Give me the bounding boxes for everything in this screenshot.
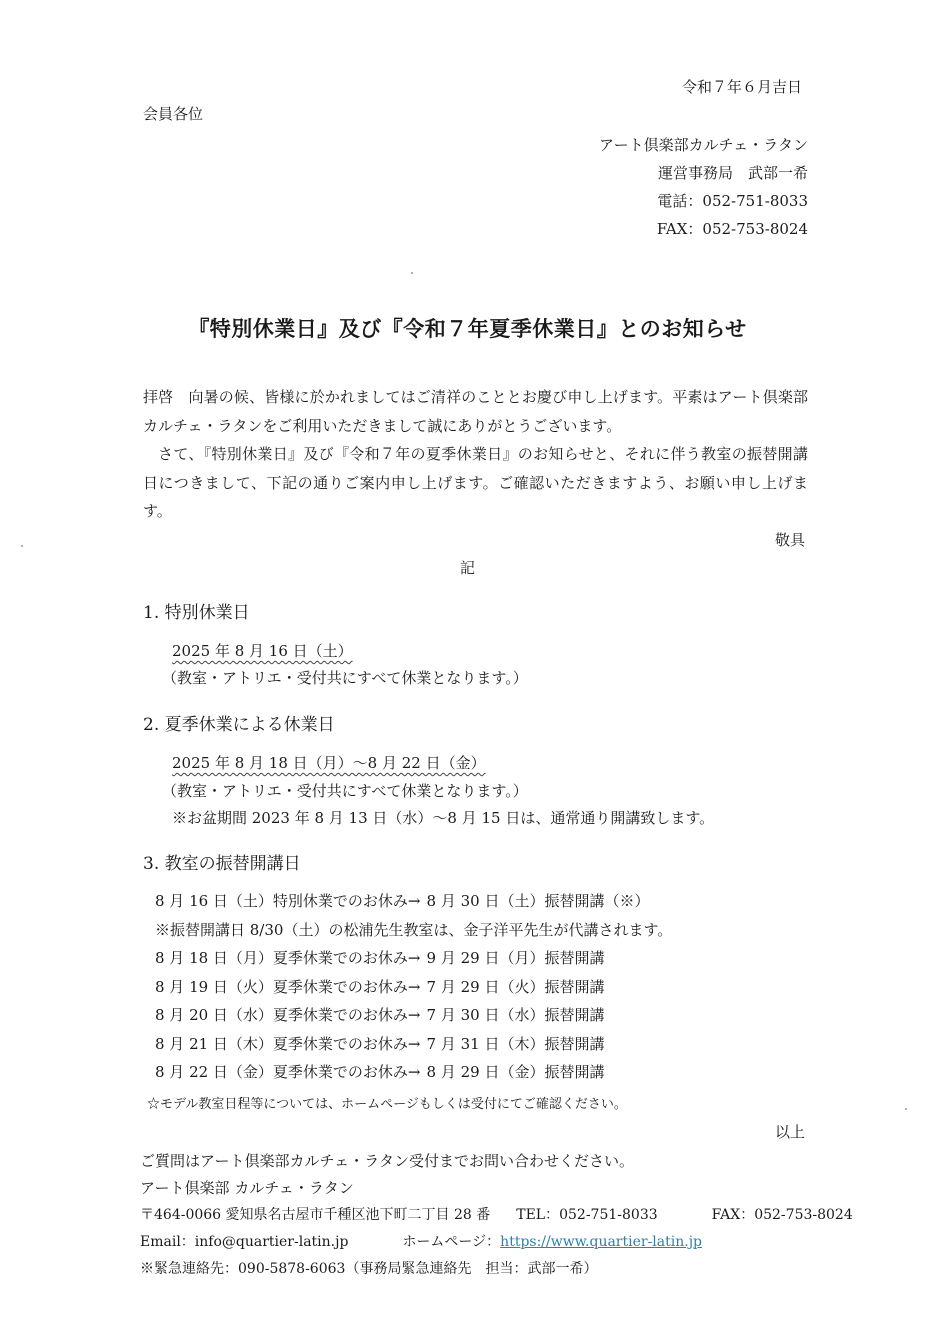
- section-heading-makeup-classes: 3. 教室の振替開講日: [143, 849, 301, 874]
- makeup-day: 8 月 29 日（金）振替開講: [427, 1063, 605, 1081]
- off-day: 8 月 21 日（木）夏季休業でのお休み→: [155, 1035, 421, 1053]
- organization-name: アート倶楽部 カルチェ・ラタン: [140, 1175, 853, 1202]
- scan-speck: [21, 545, 23, 547]
- summer-holiday-note: （教室・アトリエ・受付共にすべて休業となります。）: [162, 780, 528, 801]
- scan-speck: [411, 272, 413, 274]
- makeup-day: 9 月 29 日（月）振替開講: [427, 949, 605, 967]
- homepage-link[interactable]: https://www.quartier-latin.jp: [500, 1234, 702, 1250]
- special-holiday-date: 2025 年 8 月 16 日（土）: [172, 640, 353, 661]
- list-item: 8 月 19 日（火）夏季休業でのお休み→7 月 29 日（火）振替開講: [155, 973, 672, 1002]
- footer-tel: TEL：052-751-8033: [516, 1207, 657, 1223]
- homepage-label: ホームページ：: [402, 1234, 500, 1250]
- list-item: 8 月 20 日（水）夏季休業でのお休み→7 月 30 日（水）振替開講: [155, 1001, 672, 1030]
- sender-fax: FAX：052-753-8024: [599, 215, 808, 243]
- makeup-day: 8 月 30 日（土）振替開講（※）: [427, 892, 650, 910]
- makeup-day: 7 月 31 日（木）振替開講: [427, 1035, 605, 1053]
- emergency-contact: ※緊急連絡先：090-5878-6063（事務局緊急連絡先 担当：武部一希）: [140, 1256, 853, 1283]
- web-line: Email：info@quartier-latin.jpホームページ：https…: [140, 1229, 853, 1256]
- closing-ijo: 以上: [775, 1121, 805, 1142]
- special-holiday-note: （教室・アトリエ・受付共にすべて休業となります。）: [162, 667, 528, 688]
- section-heading-summer-holiday: 2. 夏季休業による休業日: [143, 710, 335, 735]
- off-day: 8 月 22 日（金）夏季休業でのお休み→: [155, 1063, 421, 1081]
- contact-block: ご質問はアート倶楽部カルチェ・ラタン受付までお問い合わせください。 アート倶楽部…: [140, 1148, 853, 1283]
- makeup-day: 7 月 29 日（火）振替開講: [427, 978, 605, 996]
- footer-email[interactable]: Email：info@quartier-latin.jp: [140, 1234, 348, 1250]
- off-day: 8 月 18 日（月）夏季休業でのお休み→: [155, 949, 421, 967]
- list-item: 8 月 18 日（月）夏季休業でのお休み→9 月 29 日（月）振替開講: [155, 944, 672, 973]
- off-day: 8 月 19 日（火）夏季休業でのお休み→: [155, 978, 421, 996]
- footer-fax: FAX：052-753-8024: [712, 1207, 853, 1223]
- makeup-day: 7 月 30 日（水）振替開講: [427, 1006, 605, 1024]
- obon-note: ※お盆期間 2023 年 8 月 13 日（水）～8 月 15 日は、通常通り開…: [172, 807, 714, 828]
- ki-marker: 記: [0, 557, 935, 578]
- sender-phone: 電話：052-751-8033: [599, 187, 808, 215]
- list-item: 8 月 21 日（木）夏季休業でのお休み→7 月 31 日（木）振替開講: [155, 1030, 672, 1059]
- model-class-note: ☆モデル教室日程等については、ホームページもしくは受付にてご確認ください。: [147, 1093, 627, 1112]
- list-item: 8 月 22 日（金）夏季休業でのお休み→8 月 29 日（金）振替開講: [155, 1058, 672, 1087]
- closing-keigu: 敬具: [775, 529, 805, 550]
- scan-speck: [905, 1108, 907, 1110]
- section-heading-special-holiday: 1. 特別休業日: [143, 598, 250, 623]
- greeting-paragraph: 拝啓 向暑の候、皆様に於かれましてはご清祥のこととお慶び申し上げます。平素はアー…: [143, 383, 808, 440]
- document-title: 『特別休業日』及び『令和７年夏季休業日』とのお知らせ: [0, 313, 935, 343]
- substitute-note: ※振替開講日 8/30（土）の松浦先生教室は、金子洋平先生が代講されます。: [155, 921, 672, 939]
- sender-block: アート倶楽部カルチェ・ラタン 運営事務局 武部一希 電話：052-751-803…: [599, 131, 808, 243]
- addressee: 会員各位: [143, 103, 203, 124]
- document-date: 令和７年６月吉日: [682, 76, 802, 97]
- announcement-paragraph: さて、『特別休業日』及び『令和７年の夏季休業日』のお知らせと、それに伴う教室の振…: [143, 440, 808, 526]
- sender-office: 運営事務局 武部一希: [599, 159, 808, 187]
- postal-address: 〒464-0066 愛知県名古屋市千種区池下町二丁目 28 番: [140, 1207, 490, 1223]
- off-day: 8 月 16 日（土）特別休業でのお休み→: [155, 892, 421, 910]
- list-item-note: ※振替開講日 8/30（土）の松浦先生教室は、金子洋平先生が代講されます。: [155, 916, 672, 945]
- off-day: 8 月 20 日（水）夏季休業でのお休み→: [155, 1006, 421, 1024]
- address-line: 〒464-0066 愛知県名古屋市千種区池下町二丁目 28 番TEL：052-7…: [140, 1202, 853, 1229]
- body-text: 拝啓 向暑の候、皆様に於かれましてはご清祥のこととお慶び申し上げます。平素はアー…: [143, 383, 808, 526]
- makeup-class-list: 8 月 16 日（土）特別休業でのお休み→8 月 30 日（土）振替開講（※） …: [155, 887, 672, 1087]
- inquiry-text: ご質問はアート倶楽部カルチェ・ラタン受付までお問い合わせください。: [140, 1148, 853, 1175]
- list-item: 8 月 16 日（土）特別休業でのお休み→8 月 30 日（土）振替開講（※）: [155, 887, 672, 916]
- sender-organization: アート倶楽部カルチェ・ラタン: [599, 131, 808, 159]
- summer-holiday-date: 2025 年 8 月 18 日（月）～8 月 22 日（金）: [172, 752, 486, 773]
